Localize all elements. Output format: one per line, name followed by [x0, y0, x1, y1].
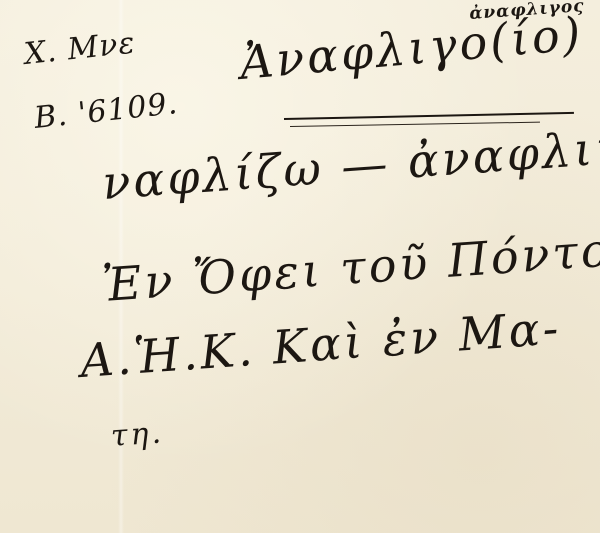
- location-line-2: Α.Ἡ.Κ. Καὶ ἐν Μα-: [79, 305, 563, 384]
- lexicon-card: Χ. Μνε Β. '6109. ἀναφλιγος Ἀναφλιγο(ίο) …: [0, 0, 600, 533]
- location-line-1: Ἐν Ὄφει τοῦ Πόντου,: [101, 223, 600, 308]
- location-line-3: τη.: [110, 418, 165, 452]
- headword-underline-secondary: [290, 122, 540, 127]
- reference-number: Β. '6109.: [33, 89, 180, 134]
- headword: Ἀναφλιγο(ίο): [238, 10, 585, 86]
- headword-underline: [284, 112, 574, 120]
- etymology-line: ναφλίζω — ἀναφλιγο.: [101, 120, 600, 206]
